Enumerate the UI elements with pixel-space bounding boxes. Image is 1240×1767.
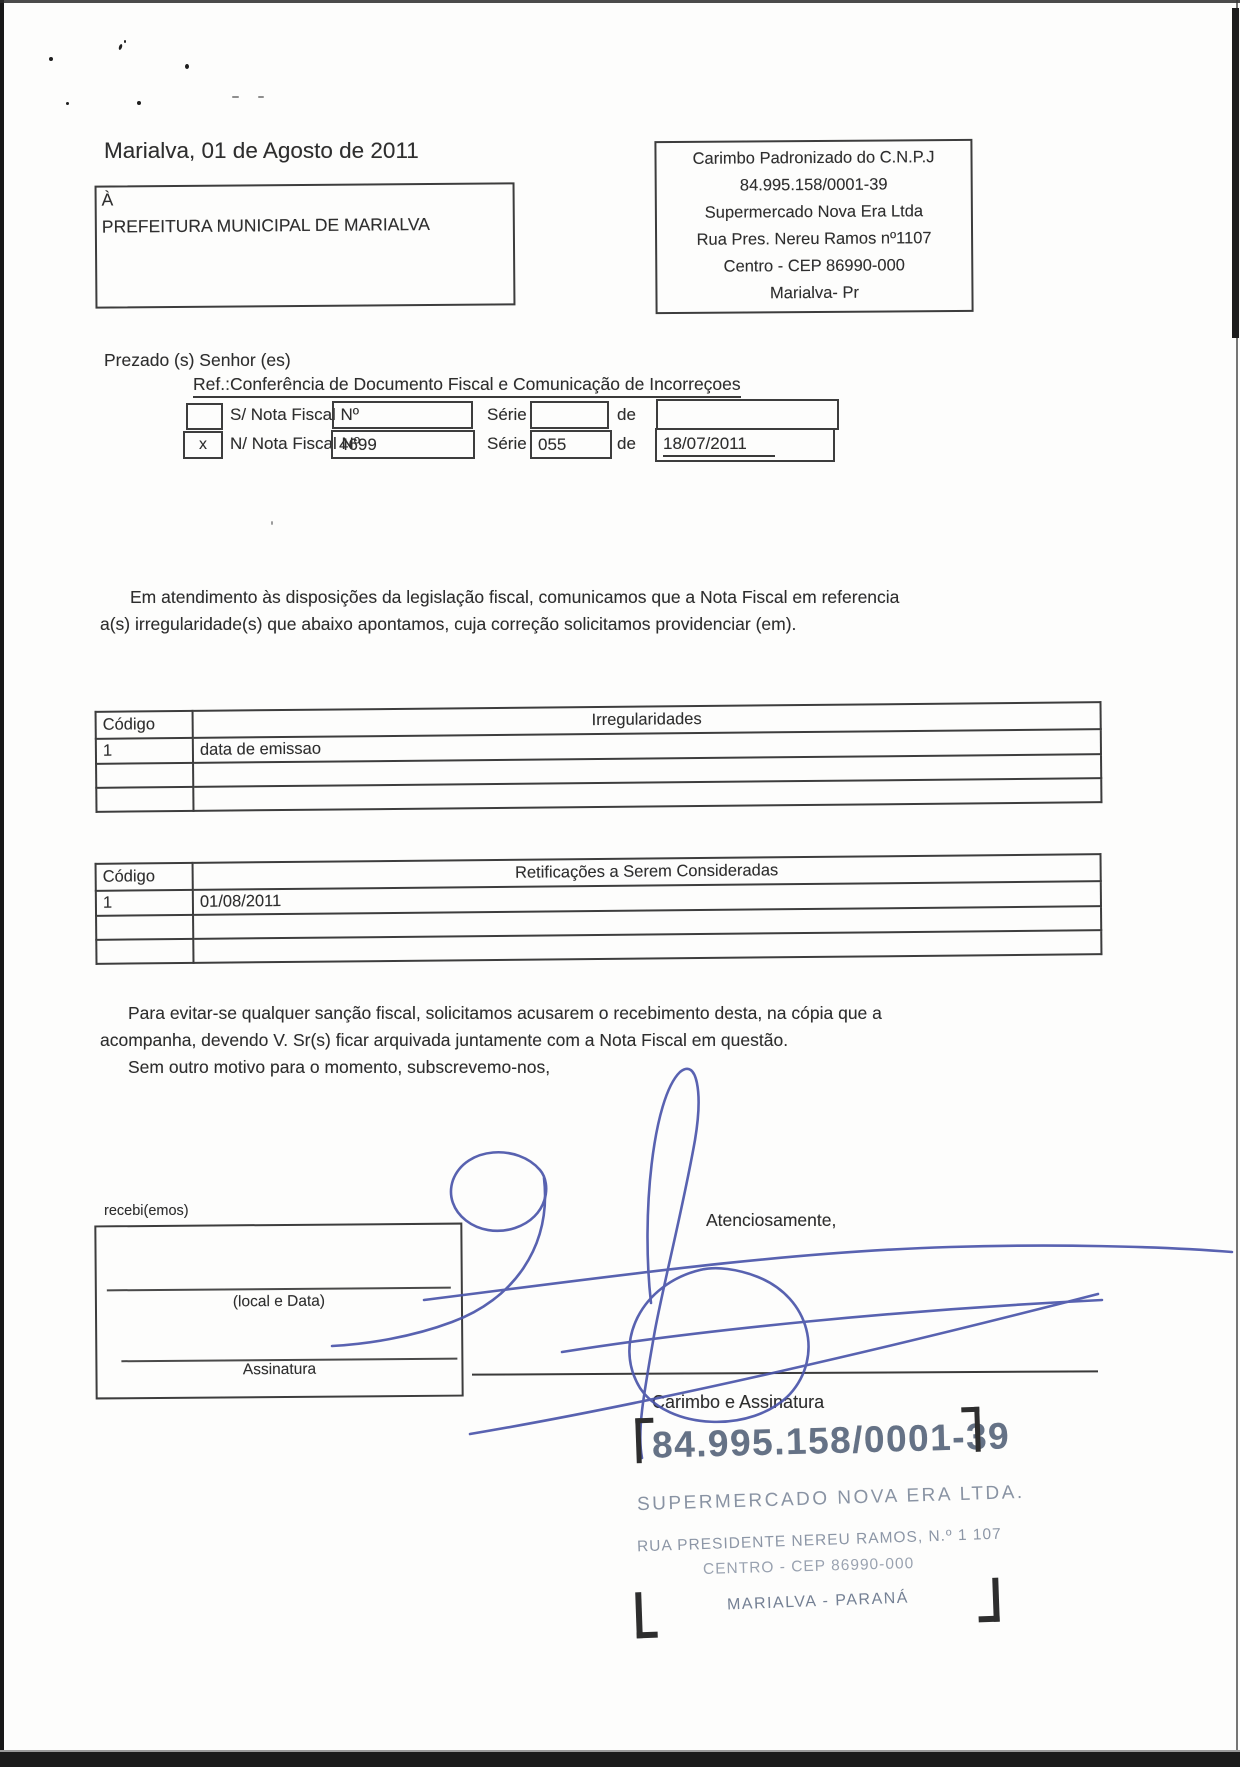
closing-paragraph-line: Para evitar-se qualquer sanção fiscal, s…: [128, 1003, 882, 1024]
table-cell-code: 1: [96, 890, 193, 916]
carimbo-assinatura-label: Carimbo e Assinatura: [652, 1392, 824, 1413]
stamp-bracket-bottom-left: [635, 1592, 658, 1639]
stamp-company: SUPERMERCADO NOVA ERA LTDA.: [637, 1482, 1025, 1516]
serie-field: [530, 401, 609, 429]
cnpj-box-line: Marialva- Pr: [657, 279, 971, 308]
cnpj-stamp-box: Carimbo Padronizado do C.N.P.J 84.995.15…: [654, 139, 973, 314]
greeting: Prezado (s) Senhor (es): [104, 350, 291, 371]
scan-speck: [137, 101, 141, 105]
serie-label: Série: [487, 434, 527, 454]
scan-speck: [271, 521, 273, 525]
recipient-box: À PREFEITURA MUNICIPAL DE MARIALVA: [95, 182, 516, 308]
stamp-bracket-bottom-right: [977, 1578, 1000, 1623]
scanned-document-page: Marialva, 01 de Agosto de 2011 À PREFEIT…: [0, 0, 1240, 1767]
table-cell-code: [96, 915, 193, 940]
nota-fiscal-field: [332, 401, 473, 429]
checkbox-mark: x: [199, 436, 207, 453]
table-cell-code: [96, 939, 193, 964]
scan-edge-right-thick: [1232, 8, 1239, 338]
scan-edge-bottom: [0, 1750, 1240, 1767]
serie-field: 055: [530, 430, 612, 459]
table-cell-code: [96, 763, 193, 788]
scan-speck: [124, 40, 126, 43]
scan-edge-left: [0, 0, 4, 1767]
checkbox-s: [186, 403, 223, 430]
retificacoes-table: Código Retificações a Serem Consideradas…: [95, 853, 1103, 965]
cnpj-box-line: Carimbo Padronizado do C.N.P.J: [656, 144, 970, 173]
checkbox-n: x: [183, 431, 223, 459]
intro-paragraph-line: a(s) irregularidade(s) que abaixo aponta…: [100, 614, 796, 635]
de-label: de: [617, 434, 636, 454]
date-field: [656, 399, 839, 430]
irregularidades-table: Código Irregularidades 1 data de emissao: [95, 701, 1103, 813]
date-field: 18/07/2011: [655, 428, 835, 462]
date-value: 18/07/2011: [663, 434, 775, 457]
receipt-box: (local e Data) Assinatura: [94, 1223, 463, 1400]
local-e-data-line: [107, 1287, 451, 1292]
de-label: de: [617, 405, 636, 425]
stamp-district: CENTRO - CEP 86990-000: [703, 1555, 915, 1579]
closing-paragraph-line: acompanha, devendo V. Sr(s) ficar arquiv…: [100, 1030, 788, 1051]
scan-speck: [49, 57, 53, 61]
scan-speck: [232, 96, 239, 98]
table-header-codigo: Código: [96, 863, 193, 891]
cnpj-box-line: Supermercado Nova Era Ltda: [657, 198, 971, 227]
stamp-cnpj: 84.995.158/0001-39: [652, 1415, 1011, 1466]
local-e-data-label: (local e Data): [97, 1292, 461, 1313]
cnpj-box-line: 84.995.158/0001-39: [657, 171, 971, 200]
receipt-label: recebi(emos): [104, 1203, 189, 1219]
scan-speck: [258, 96, 264, 98]
nota-fiscal-field: 4699: [331, 430, 475, 459]
cnpj-box-line: Centro - CEP 86990-000: [657, 252, 971, 281]
table-cell-code: 1: [96, 738, 193, 764]
signature-baseline: [472, 1370, 1098, 1375]
date-line: Marialva, 01 de Agosto de 2011: [104, 138, 419, 164]
cnpj-box-line: Rua Pres. Nereu Ramos nº1107: [657, 225, 971, 254]
intro-paragraph-line: Em atendimento às disposições da legisla…: [130, 587, 899, 608]
stamp-city: MARIALVA - PARANÁ: [727, 1590, 910, 1615]
stamp-bracket-top-right: [961, 1407, 981, 1453]
recipient-name: PREFEITURA MUNICIPAL DE MARIALVA: [102, 213, 513, 237]
scan-speck: [185, 64, 189, 69]
scan-speck: [118, 44, 123, 51]
atenciosamente-text: Atenciosamente,: [706, 1210, 836, 1231]
table-header-codigo: Código: [96, 711, 193, 739]
scan-speck: [66, 102, 69, 105]
table-cell-code: [96, 787, 193, 812]
closing-paragraph-line: Sem outro motivo para o momento, subscre…: [128, 1057, 550, 1078]
recipient-salutation: À: [102, 186, 513, 210]
scan-edge-top: [0, 0, 1240, 3]
assinatura-label: Assinatura: [97, 1360, 461, 1381]
ref-line: Ref.:Conferência de Documento Fiscal e C…: [193, 374, 741, 398]
serie-label: Série: [487, 405, 527, 425]
stamp-address: RUA PRESIDENTE NEREU RAMOS, N.º 1 107: [637, 1526, 1002, 1557]
